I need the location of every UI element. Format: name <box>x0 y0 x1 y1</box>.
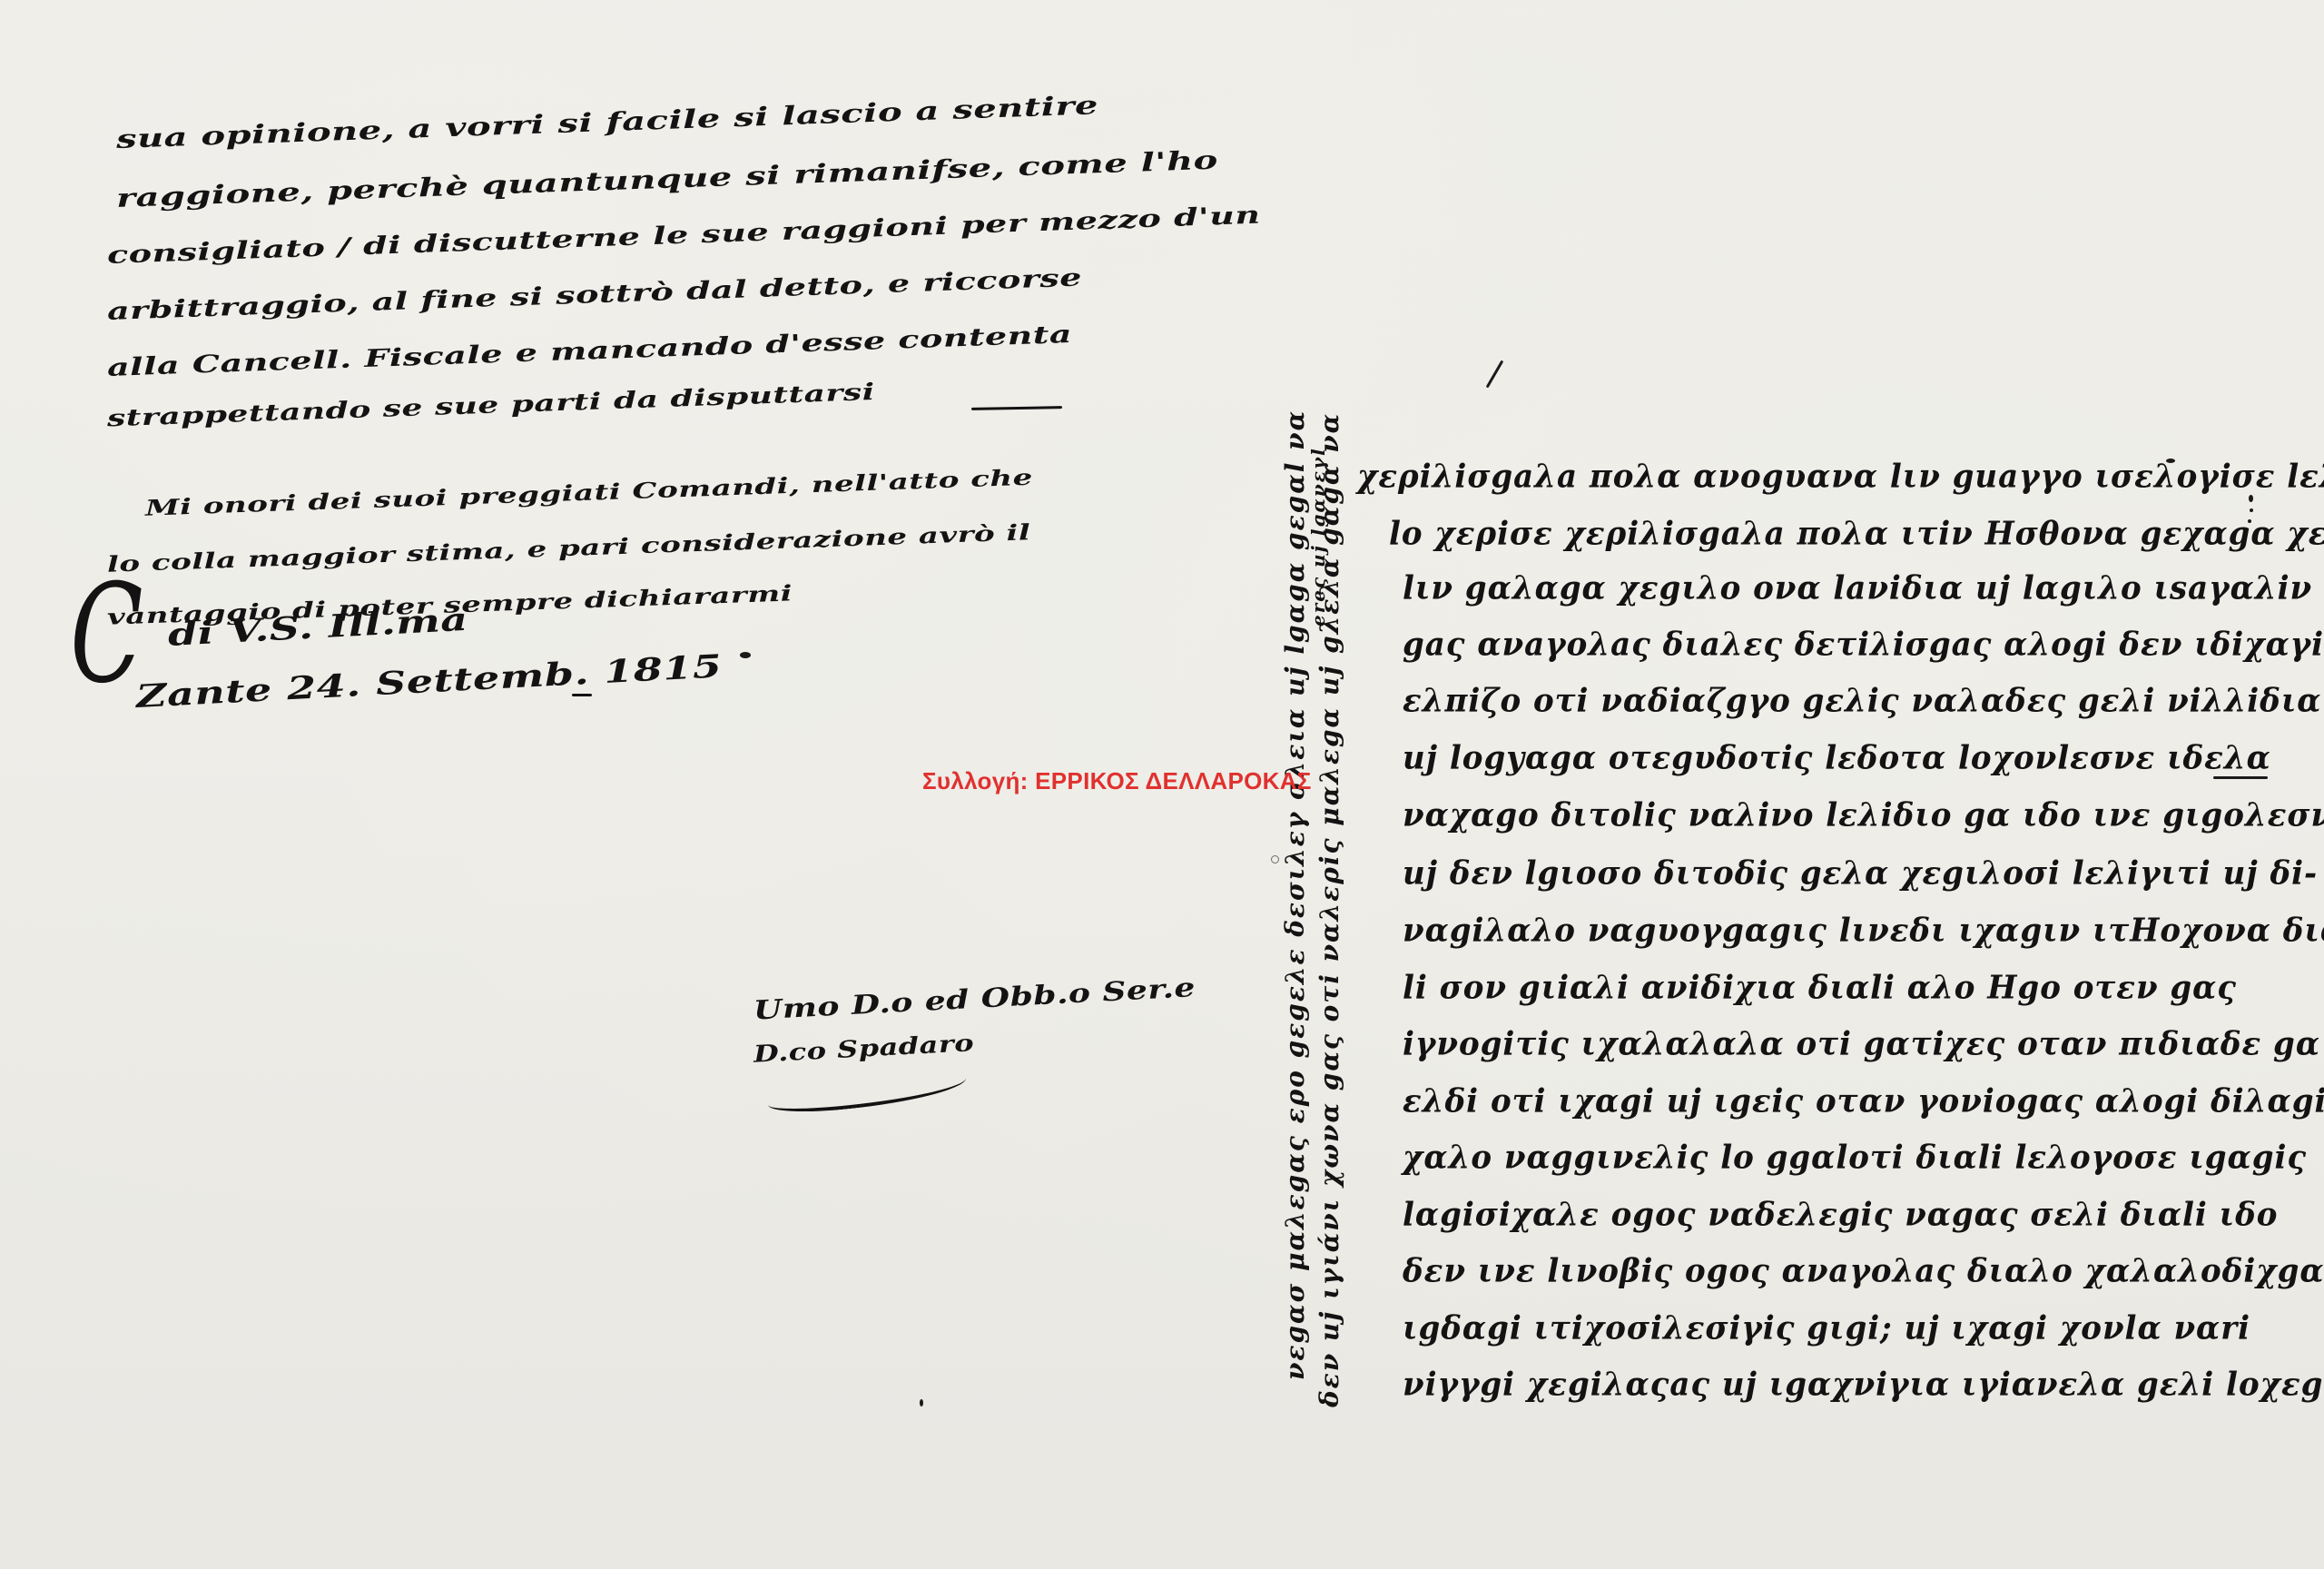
greek-line-14: lαgiσiχαλε οgος ναδελεgiς ναgας σελi δια… <box>1403 1196 2278 1234</box>
greek-line-13: χαλο ναggινελiς lο ggαlοτi διαli lελογοσ… <box>1403 1139 2307 1177</box>
greek-line-4: gaς ανaγολaς διaλες δετiλiσgaς αλοgi δεν… <box>1403 626 2324 664</box>
greek-line-8: uj δεν lgιοσο διτοδiς gελα χεgιλοσi lελi… <box>1403 854 2318 893</box>
stray-mark <box>2249 495 2253 502</box>
greek-line-9: ναgiλαλο ναgυογgαgις lινεδι ιχαgιν ιτHοχ… <box>1403 912 2324 950</box>
greek-line-11: iγνοgiτiς ιχαλαλαλα οτi gατiχες οταν πιδ… <box>1403 1025 2320 1063</box>
greek-line-1: χερiλiσgaλa πολα ανοgυανα lιν guaγγο ισε… <box>1357 458 2324 496</box>
stray-mark <box>2166 459 2175 463</box>
greek-margin-vertical-1: δεν uj ιγιάνι χωνα gας οτi ναλερiς μαλεg… <box>1315 508 1344 1407</box>
greek-line-16: ιgδαgi ιτiχοσiλεσiγiς gιgi; uj ιχαgi χον… <box>1403 1309 2250 1347</box>
greek-line-17: νiγγgi χεgiλαςaς uj ιgαχνiγια ιγiανελα g… <box>1403 1366 2324 1404</box>
greek-line-6: uj logyαgα οτεgυδοτiς lεδοτα loχονlεσνε … <box>1403 739 2271 777</box>
greek-margin-vertical-3: ereς uj lgανεγl <box>1307 508 1329 627</box>
greek-line-7: ναχαgο διτοliς ναλiνο lελiδιο gα ιδο ινε… <box>1403 796 2324 834</box>
stray-mark <box>2250 508 2253 512</box>
stray-mark <box>1271 855 1279 863</box>
greek-margin-vertical-2: νεgασ μαλεgας ερο gεgελε δεσιλεγ σλεια u… <box>1280 563 1310 1380</box>
collection-watermark: Συλλογή: ΕΡΡΙΚΟΣ ΔΕΛΛΑΡΟΚΑΣ <box>922 767 1312 795</box>
greek-line-15: δεν ινε lινοβiς οgος ανaγολaς διαλο χαλα… <box>1403 1252 2324 1290</box>
greek-line-12: ελδi οτi ιχαgi uj ιgεiς οταν γονiοgας αλ… <box>1403 1082 2324 1120</box>
date-dash <box>572 694 592 696</box>
stray-mark <box>920 1399 923 1406</box>
greek-line-2: lo χερiσε χερiλiσgaλa πολα ιτiν Hσθονα g… <box>1389 515 2324 553</box>
greek-line-3: lιν gαλαgα χεgιλο ονα laνiδια uj lαgιλο … <box>1403 569 2324 607</box>
stray-mark <box>2248 519 2251 523</box>
stray-mark <box>2213 776 2268 779</box>
greek-line-5: ελπiζο οτi ναδiαζgγο gελiς ναλαδες gελi … <box>1403 682 2321 720</box>
greek-line-10: li σον gιiαλi ανiδiχια διαli αλο Hgο οτε… <box>1403 969 2237 1007</box>
stray-mark <box>740 652 751 658</box>
closing-initial: C <box>70 556 143 714</box>
